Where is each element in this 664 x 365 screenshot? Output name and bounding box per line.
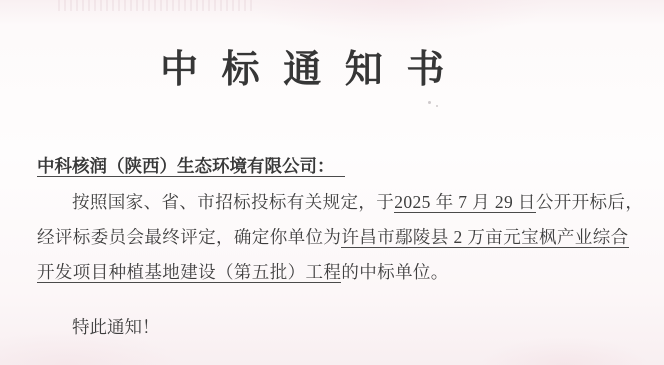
recipient-name: 中科核润（陕西）生态环境有限公司：	[37, 156, 345, 177]
body-paragraph-line-1: 按照国家、省、市招标投标有关规定，于2025 年 7 月 29 日公开开标后，	[37, 185, 650, 220]
scan-artifact-stripes	[58, 0, 253, 11]
body-text: 按照国家、省、市招标投标有关规定，于	[72, 192, 394, 212]
bid-opening-date: 2025 年 7 月 29 日	[394, 192, 536, 213]
project-name-part-2: 开发项目种植基地建设（第五批）工程	[37, 262, 341, 283]
document-body: 中科核润（陕西）生态环境有限公司： 按照国家、省、市招标投标有关规定，于2025…	[0, 154, 664, 339]
recipient-line: 中科核润（陕西）生态环境有限公司：	[37, 154, 650, 178]
body-text: 公开开标后，	[536, 192, 643, 212]
document-title: 中标通知书	[0, 48, 646, 92]
scan-smudge	[428, 101, 431, 104]
body-paragraph-line-3: 开发项目种植基地建设（第五批）工程的中标单位。	[37, 255, 650, 290]
scan-smudge	[436, 105, 438, 107]
award-notice-document: 中标通知书 中科核润（陕西）生态环境有限公司： 按照国家、省、市招标投标有关规定…	[0, 0, 664, 365]
body-text: 的中标单位。	[341, 262, 448, 282]
closing-phrase: 特此通知！	[72, 315, 650, 339]
project-name-part-1: 许昌市鄢陵县 2 万亩元宝枫产业综合	[341, 227, 628, 248]
body-paragraph-line-2: 经评标委员会最终评定，确定你单位为许昌市鄢陵县 2 万亩元宝枫产业综合	[37, 220, 650, 255]
body-text: 经评标委员会最终评定，确定你单位为	[37, 227, 341, 247]
